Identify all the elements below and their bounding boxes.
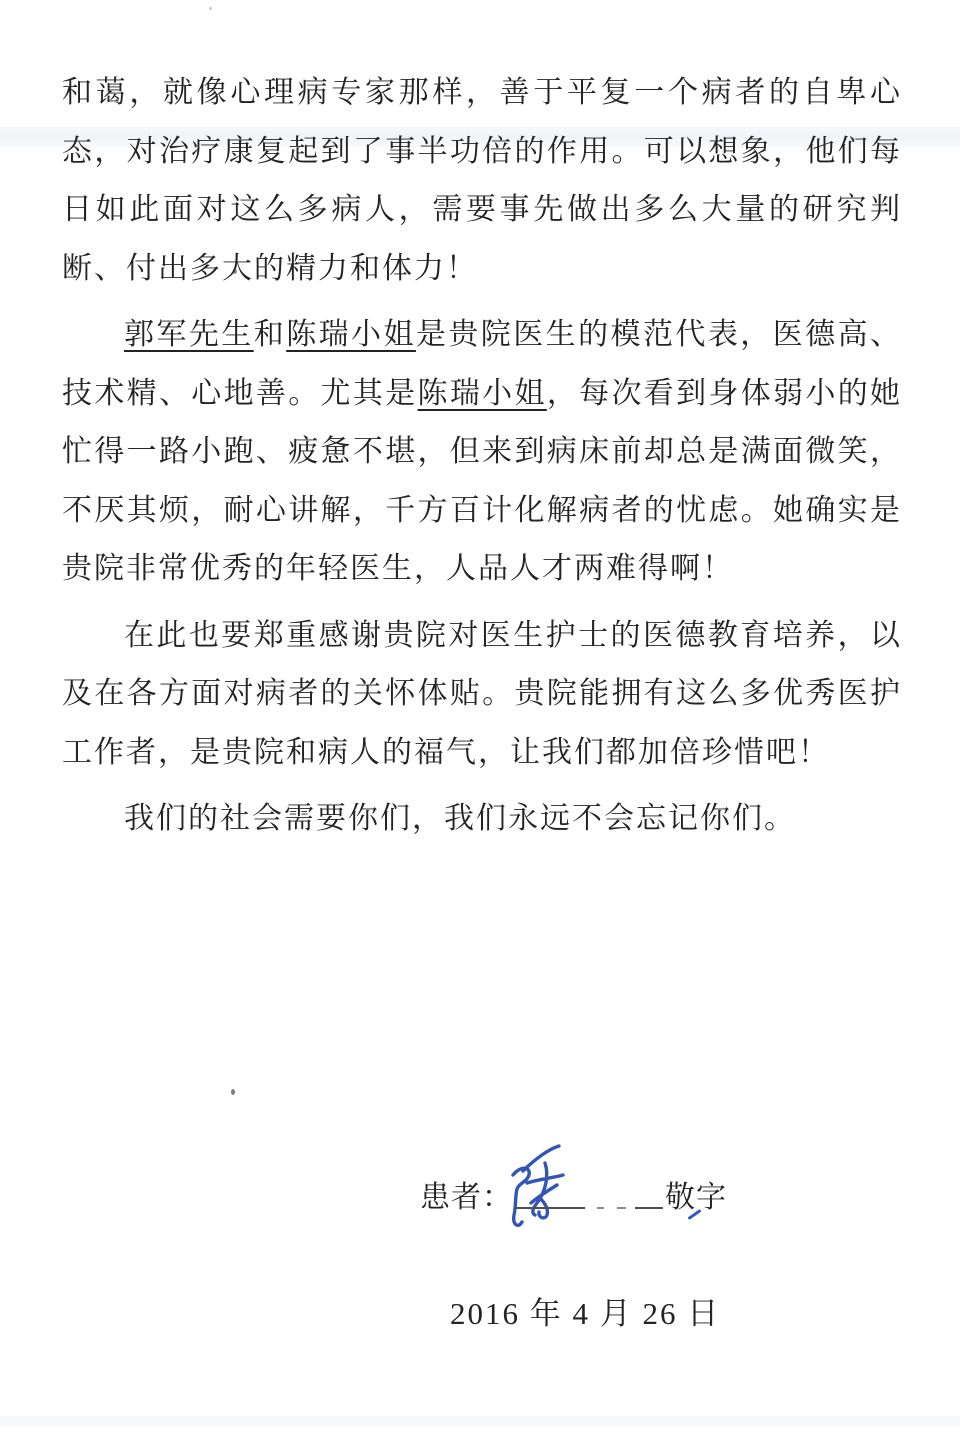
paragraph: 我们的社会需要你们，我们永远不会忘记你们。	[62, 790, 902, 849]
signature-underline-segment	[515, 1207, 585, 1209]
text-segment: 在此也要郑重感谢贵院对医生护士的医德教育培养，以及在各方面对病者的关怀体贴。贵院…	[62, 619, 902, 769]
letter-body: 和蔼，就像心理病专家那样，善于平复一个病者的自卑心态，对治疗康复起到了事半功倍的…	[62, 64, 902, 857]
scan-artifact-band-bottom	[0, 1416, 960, 1426]
patient-signature-handwriting	[487, 1141, 579, 1237]
underlined-person-name: 陈瑞小姐	[286, 318, 416, 351]
text-segment: 和	[254, 318, 286, 351]
text-segment: 我们的社会需要你们，我们永远不会忘记你们。	[124, 802, 796, 835]
text-segment: 和蔼，就像心理病专家那样，善于平复一个病者的自卑心态，对治疗康复起到了事半功倍的…	[62, 76, 902, 285]
underlined-person-name: 郭军先生	[124, 318, 254, 351]
scan-speck	[209, 7, 212, 10]
paragraph: 在此也要郑重感谢贵院对医生护士的医德教育培养，以及在各方面对病者的关怀体贴。贵院…	[62, 607, 902, 783]
signature-underline-dash	[617, 1207, 626, 1209]
scan-speck	[231, 1089, 235, 1095]
underlined-person-name: 陈瑞小姐	[418, 377, 547, 410]
paragraph: 和蔼，就像心理病专家那样，善于平复一个病者的自卑心态，对治疗康复起到了事半功倍的…	[62, 64, 902, 298]
signature-underline-dash	[597, 1207, 604, 1209]
date-line: 2016 年 4 月 26 日	[450, 1288, 720, 1333]
signature-line: 患者： 敬字	[420, 1172, 727, 1216]
scanned-letter-page: 和蔼，就像心理病专家那样，善于平复一个病者的自卑心态，对治疗康复起到了事半功倍的…	[0, 0, 960, 1445]
signature-area	[513, 1173, 665, 1213]
signature-suffix: 敬字	[665, 1172, 727, 1216]
paragraph: 郭军先生和陈瑞小姐是贵院医生的模范代表，医德高、技术精、心地善。尤其是陈瑞小姐，…	[62, 306, 902, 599]
signature-underline-segment	[635, 1207, 663, 1209]
